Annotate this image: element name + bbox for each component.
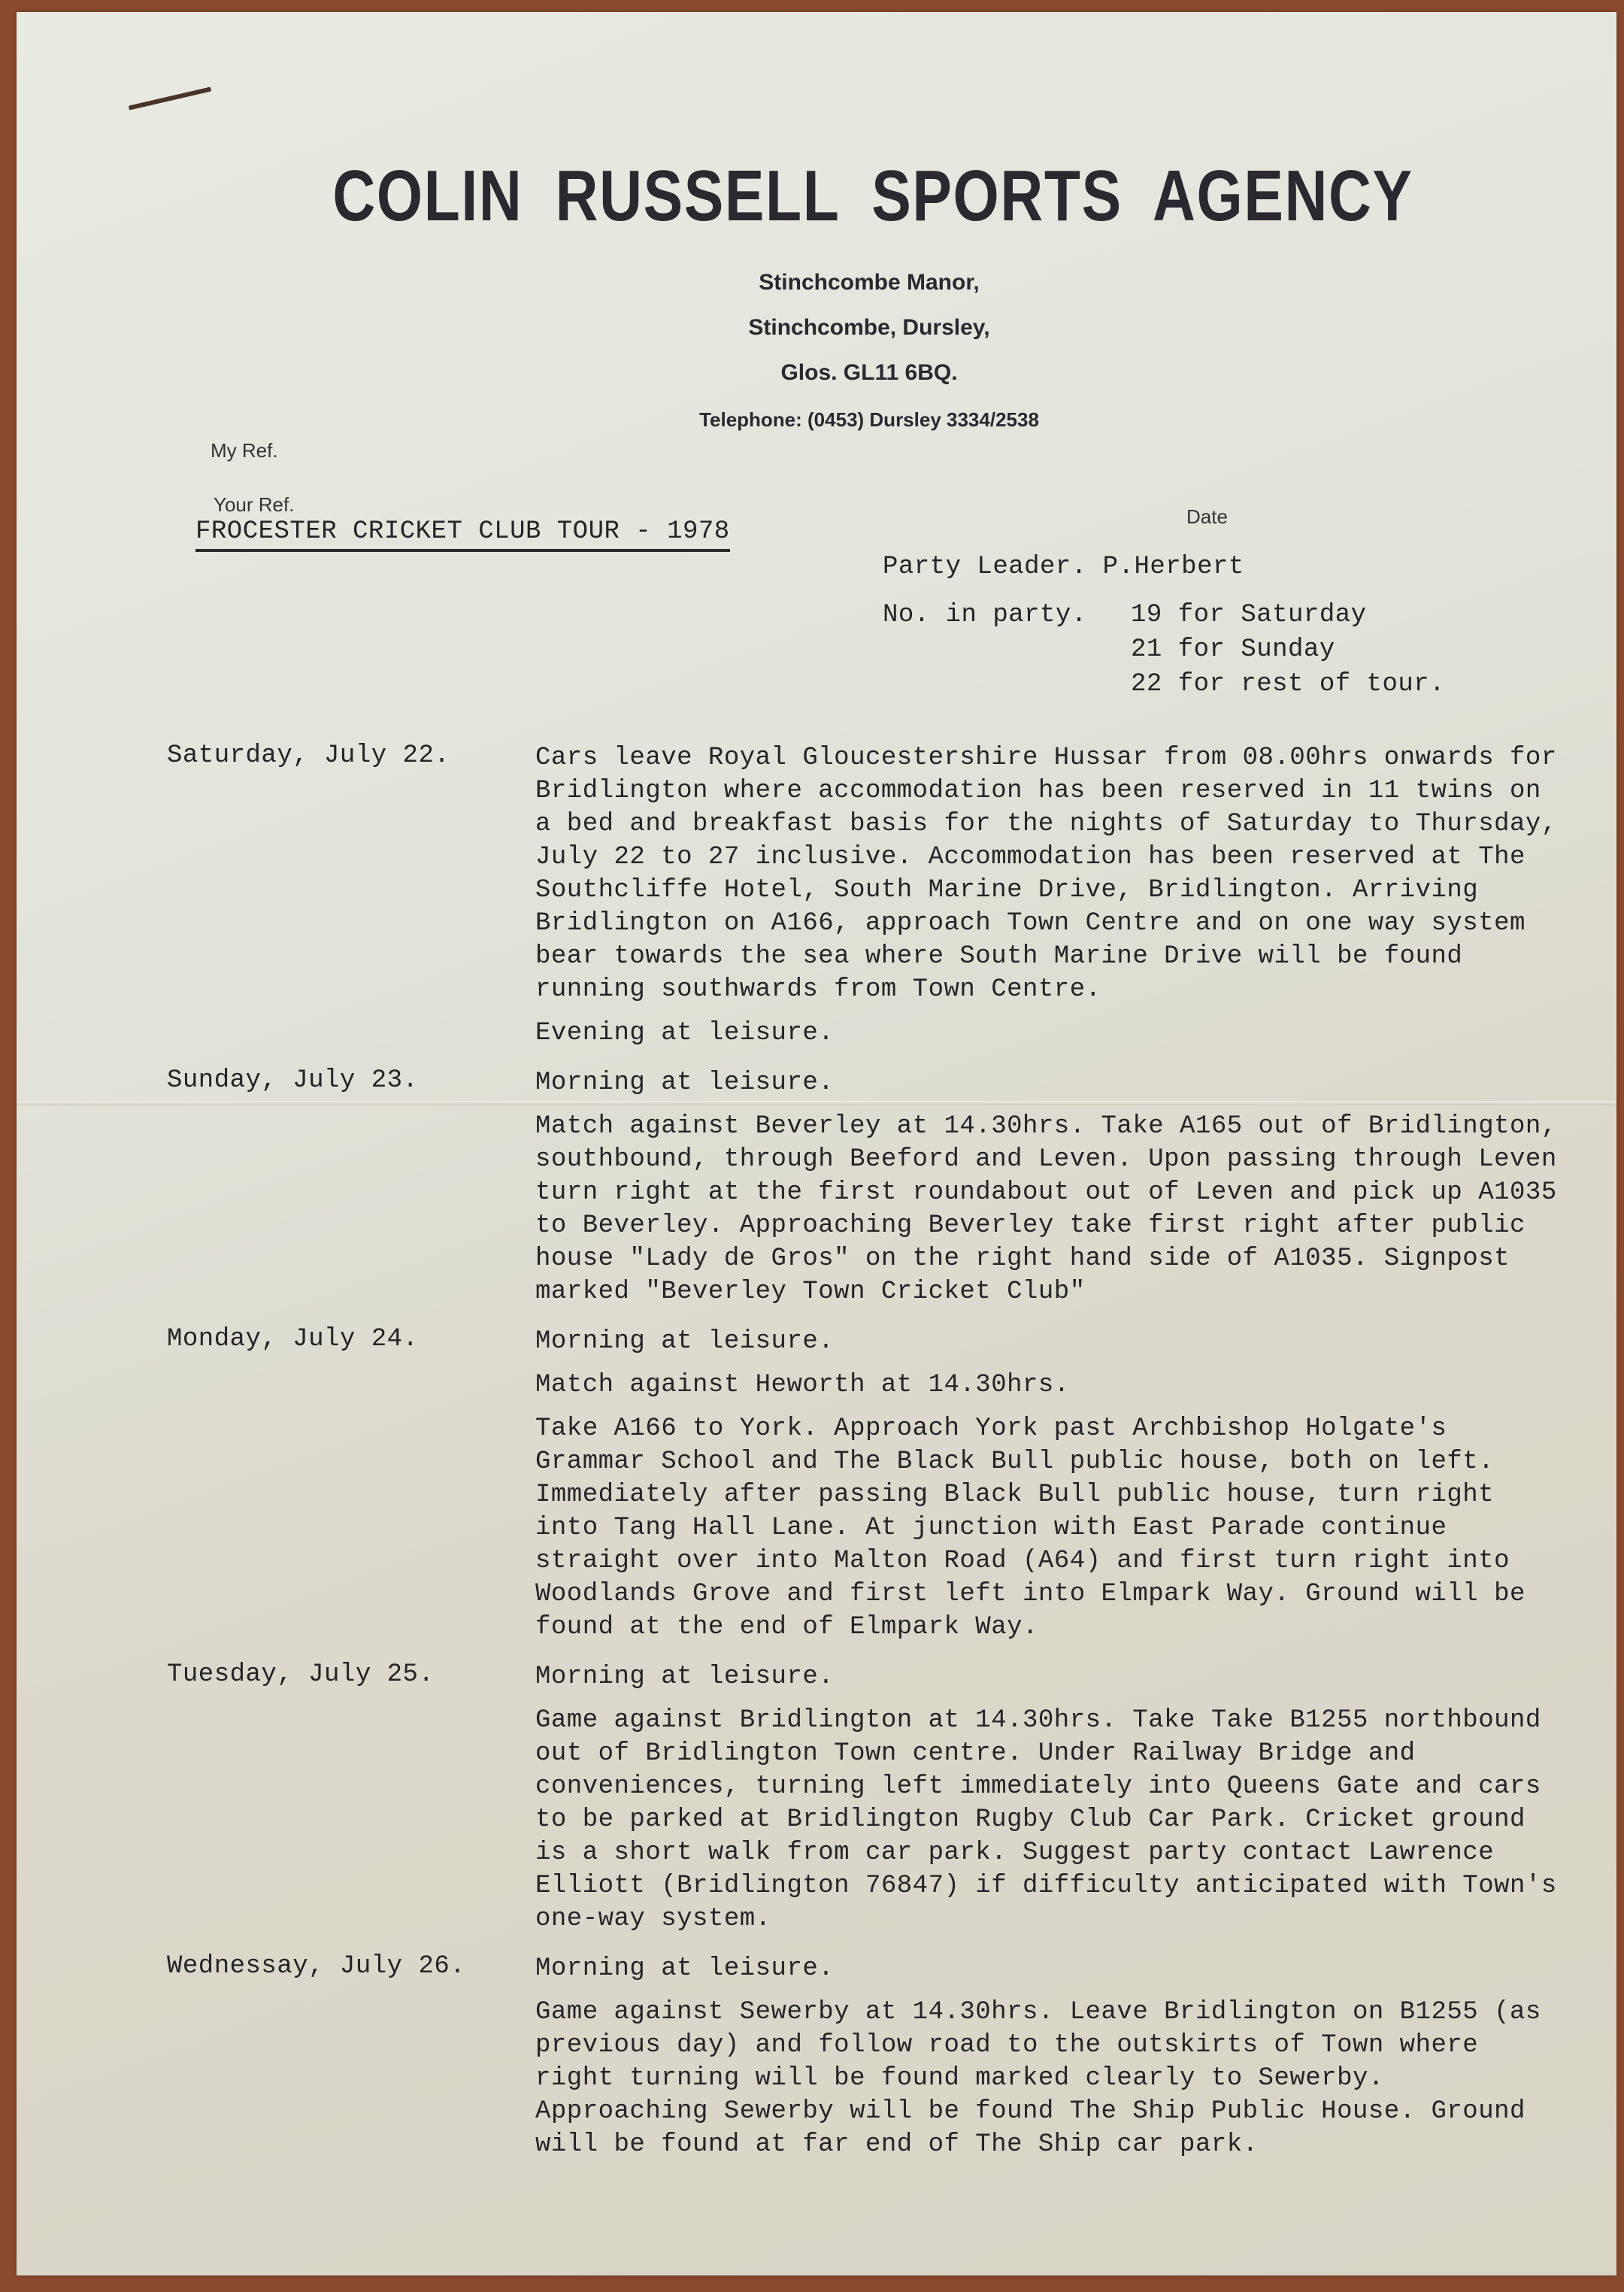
party-count-item: 19 for Saturday <box>1131 598 1445 632</box>
party-count: No. in party. 19 for Saturday 21 for Sun… <box>883 598 1445 702</box>
itinerary-paragraph: Evening at leisure. <box>535 1017 1565 1050</box>
day-details: Morning at leisure.Match against Heworth… <box>535 1325 1565 1654</box>
day-label: Wednessay, July 26. <box>167 1952 535 2172</box>
telephone: Telephone: (0453) Dursley 3334/2538 <box>122 397 1616 442</box>
address-line: Glos. GL11 6BQ. <box>122 350 1616 396</box>
address-line: Stinchcombe, Dursley, <box>122 305 1616 350</box>
itinerary-day: Tuesday, July 25.Morning at leisure.Game… <box>167 1660 1565 1946</box>
itinerary-day: Monday, July 24.Morning at leisure.Match… <box>167 1325 1565 1654</box>
day-details: Morning at leisure.Match against Beverle… <box>535 1066 1565 1319</box>
tour-title: FROCESTER CRICKET CLUB TOUR - 1978 <box>195 517 730 552</box>
itinerary-paragraph: Morning at leisure. <box>535 1325 1565 1358</box>
my-ref-label: My Ref. <box>211 439 278 462</box>
party-leader-name: P.Herbert <box>1103 550 1244 584</box>
day-label: Saturday, July 22. <box>167 741 535 1060</box>
day-label: Monday, July 24. <box>167 1325 535 1654</box>
itinerary-paragraph: Game against Bridlington at 14.30hrs. Ta… <box>535 1704 1565 1936</box>
itinerary-paragraph: Match against Beverley at 14.30hrs. Take… <box>535 1110 1565 1308</box>
itinerary-day: Wednessay, July 26.Morning at leisure.Ga… <box>167 1952 1565 2172</box>
party-count-item: 22 for rest of tour. <box>1131 667 1445 702</box>
itinerary-paragraph: Cars leave Royal Gloucestershire Hussar … <box>535 741 1565 1006</box>
party-leader: Party Leader. P.Herbert <box>883 550 1445 584</box>
letterhead: COLIN RUSSELL SPORTS AGENCY Stinchcombe … <box>17 155 1616 442</box>
day-details: Morning at leisure.Game against Sewerby … <box>535 1952 1565 2172</box>
itinerary: Saturday, July 22.Cars leave Royal Glouc… <box>167 741 1565 2178</box>
itinerary-paragraph: Morning at leisure. <box>535 1952 1565 1985</box>
party-leader-label: Party Leader. <box>883 550 1087 584</box>
party-count-label: No. in party. <box>883 598 1131 702</box>
day-label: Tuesday, July 25. <box>167 1660 535 1946</box>
day-details: Morning at leisure.Game against Bridling… <box>535 1660 1565 1946</box>
itinerary-paragraph: Game against Sewerby at 14.30hrs. Leave … <box>535 1996 1565 2161</box>
itinerary-paragraph: Match against Heworth at 14.30hrs. <box>535 1369 1565 1402</box>
your-ref-label: Your Ref. <box>214 493 294 517</box>
address-line: Stinchcombe Manor, <box>122 260 1616 305</box>
company-name: COLIN RUSSELL SPORTS AGENCY <box>263 155 1483 238</box>
party-count-item: 21 for Sunday <box>1131 632 1445 667</box>
itinerary-paragraph: Take A166 to York. Approach York past Ar… <box>535 1412 1565 1644</box>
itinerary-paragraph: Morning at leisure. <box>535 1660 1565 1693</box>
itinerary-day: Saturday, July 22.Cars leave Royal Glouc… <box>167 741 1565 1060</box>
day-label: Sunday, July 23. <box>167 1066 535 1319</box>
document-page: COLIN RUSSELL SPORTS AGENCY Stinchcombe … <box>17 12 1616 2275</box>
itinerary-day: Sunday, July 23.Morning at leisure.Match… <box>167 1066 1565 1319</box>
party-details: Party Leader. P.Herbert No. in party. 19… <box>883 550 1445 702</box>
itinerary-paragraph: Morning at leisure. <box>535 1066 1565 1099</box>
staple <box>129 86 211 110</box>
day-details: Cars leave Royal Gloucestershire Hussar … <box>535 741 1565 1060</box>
date-label: Date <box>1186 505 1228 529</box>
